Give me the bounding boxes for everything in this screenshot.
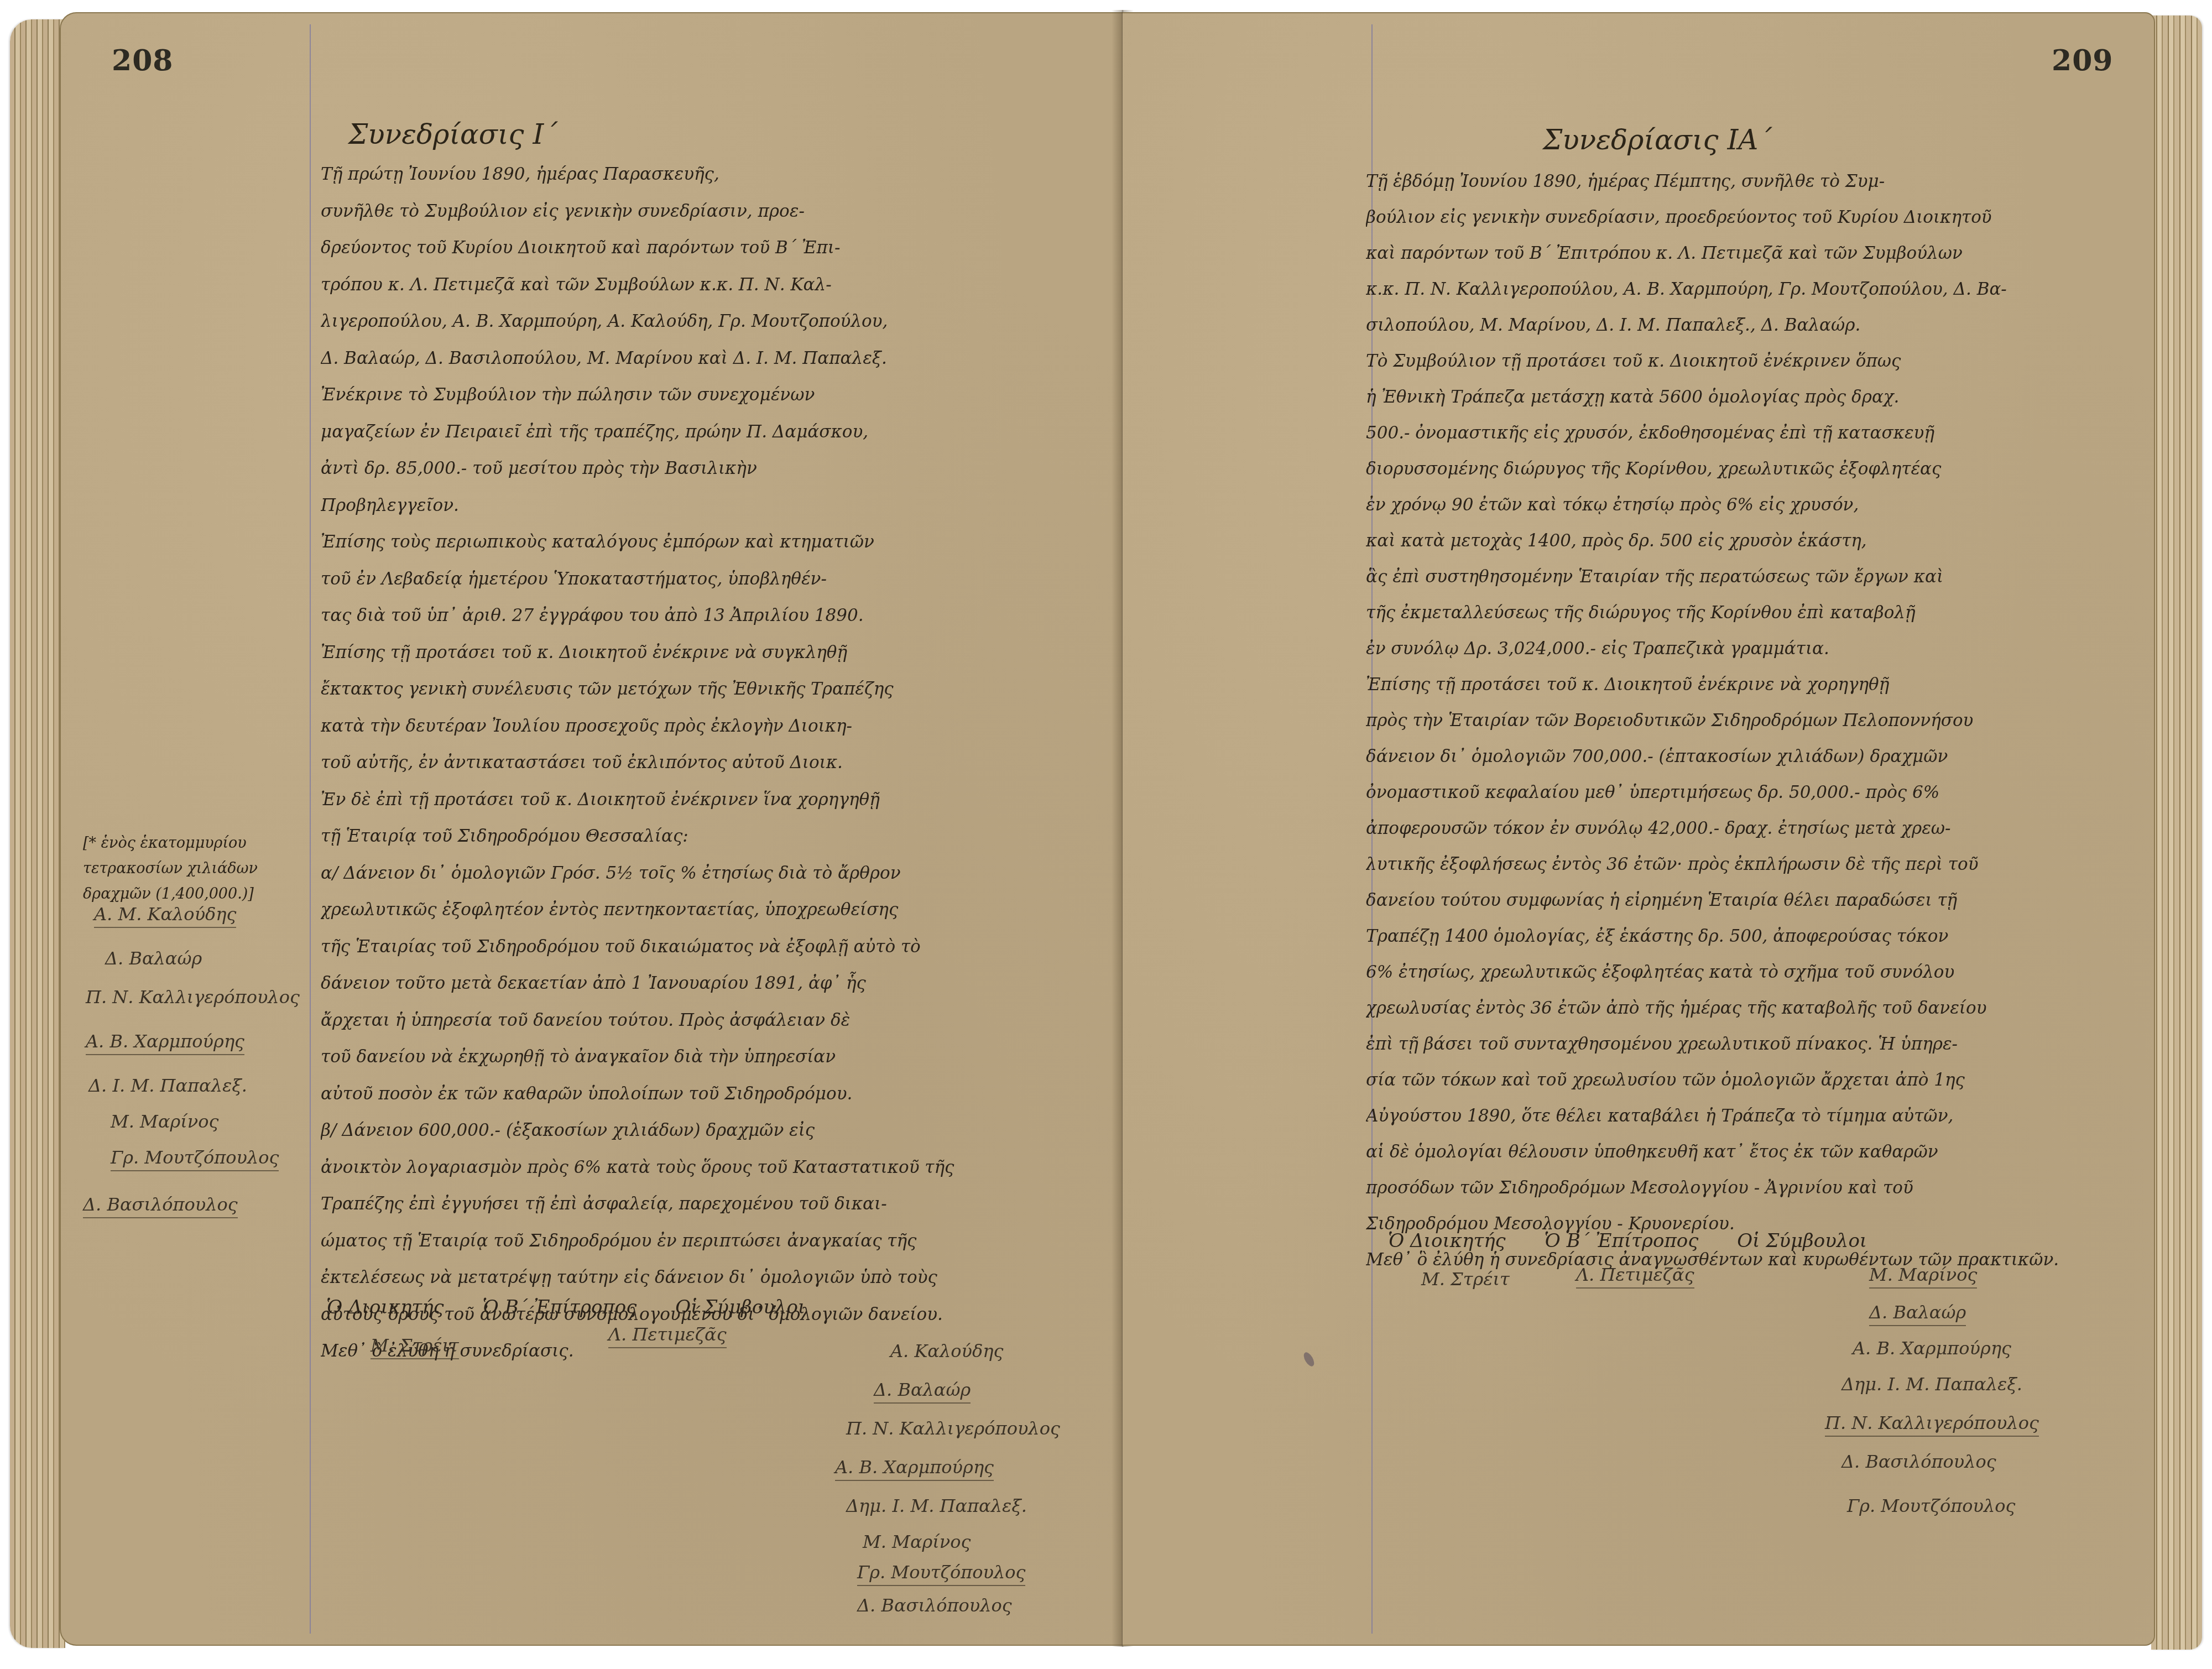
minutes-line: σία τῶν τόκων καὶ τοῦ χρεωλυσίου τῶν ὁμο… — [1366, 1062, 2140, 1098]
signature: Δ. Βασιλόπουλος — [1841, 1451, 1996, 1472]
signature: Δ. Βαλαώρ — [1869, 1302, 1966, 1326]
minutes-line: ἡ Ἐθνικὴ Τράπεζα μετάσχῃ κατὰ 5600 ὁμολο… — [1366, 379, 2140, 415]
signature: Δημ. Ι. Μ. Παπαλεξ. — [846, 1495, 1027, 1516]
minutes-line: ἀποφερουσῶν τόκον ἐν συνόλῳ 42,000.- δρα… — [1366, 811, 2140, 847]
open-ledger-spread: 208 Συνεδρίασις Ι΄ Τῇ πρώτῃ Ἰουνίου 1890… — [0, 0, 2212, 1669]
minutes-line: ἀνοικτὸν λογαριασμὸν πρὸς 6% κατὰ τοὺς ὅ… — [321, 1149, 1123, 1186]
minutes-line: ἐπὶ τῇ βάσει τοῦ συνταχθησομένου χρεωλυτ… — [1366, 1026, 2140, 1062]
minutes-line: 6% ἐτησίως, χρεωλυτικῶς ἐξοφλητέας κατὰ … — [1366, 955, 2140, 990]
ink-blot — [1302, 1350, 1316, 1368]
minutes-line: Ἐνέκρινε τὸ Συμβούλιον τὴν πώλησιν τῶν σ… — [321, 377, 1123, 414]
page-number: 208 — [112, 44, 174, 77]
minutes-line: β/ Δάνειον 600,000.- (ἑξακοσίων χιλιάδων… — [321, 1112, 1123, 1149]
minutes-line: πρὸς τὴν Ἑταιρίαν τῶν Βορειοδυτικῶν Σιδη… — [1366, 703, 2140, 739]
signature-block: Ὁ Διοικητής Ὁ Β΄ Ἐπίτροπος Οἱ Σύμβουλοι — [1388, 1230, 2135, 1252]
minutes-line: Τῇ ἑβδόμῃ Ἰουνίου 1890, ἡμέρας Πέμπτης, … — [1366, 164, 2140, 200]
governor-signature: Μ. Στρέιτ — [1421, 1269, 1510, 1290]
minutes-line: δάνειον τοῦτο μετὰ δεκαετίαν ἀπὸ 1 Ἰανου… — [321, 965, 1123, 1002]
minutes-line: τρόπου κ. Λ. Πετιμεζᾶ καὶ τῶν Συμβούλων … — [321, 267, 1123, 304]
minutes-line: ἐν χρόνῳ 90 ἐτῶν καὶ τόκῳ ἐτησίῳ πρὸς 6%… — [1366, 487, 2140, 523]
deputy-signature: Λ. Πετιμεζᾶς — [608, 1324, 727, 1348]
deputy-signature: Λ. Πετιμεζᾶς — [1576, 1264, 1694, 1289]
signature: Δ. Ι. Μ. Παπαλεξ. — [88, 1075, 247, 1096]
minutes-line: λιγεροπούλου, Α. Β. Χαρμπούρη, Α. Καλούδ… — [321, 303, 1123, 340]
councillors-heading: Οἱ Σύμβουλοι — [675, 1296, 805, 1318]
margin-annotation-line: τετρακοσίων χιλιάδων — [83, 856, 304, 882]
minutes-line: ἄρχεται ἡ ὑπηρεσία τοῦ δανείου τούτου. Π… — [321, 1002, 1123, 1039]
minutes-body: Τῇ ἑβδόμῃ Ἰουνίου 1890, ἡμέρας Πέμπτης, … — [1366, 164, 2140, 1278]
minutes-line: καὶ παρόντων τοῦ Β΄ Ἐπιτρόπου κ. Λ. Πετι… — [1366, 236, 2140, 272]
minutes-line: κατὰ τὴν δευτέραν Ἰουλίου προσεχοῦς πρὸς… — [321, 708, 1123, 745]
minutes-line: τας διὰ τοῦ ὑπ᾽ ἀριθ. 27 ἐγγράφου του ἀπ… — [321, 597, 1123, 634]
minutes-line: τοῦ δανείου νὰ ἐκχωρηθῇ τὸ ἀναγκαῖον διὰ… — [321, 1039, 1123, 1076]
minutes-line: Δ. Βαλαώρ, Δ. Βασιλοπούλου, Μ. Μαρίνου κ… — [321, 340, 1123, 377]
governor-signature: Μ. Στρέιτ — [371, 1335, 459, 1359]
minutes-line: Ἐπίσης τοὺς περιωπικοὺς καταλόγους ἐμπόρ… — [321, 524, 1123, 561]
page-number: 209 — [2052, 44, 2114, 77]
margin-annotation: [* ἑνὸς ἑκατομμυρίου τετρακοσίων χιλιάδω… — [83, 831, 304, 907]
minutes-line: 500.- ὀνομαστικῆς εἰς χρυσόν, ἐκδοθησομέ… — [1366, 415, 2140, 451]
signature-headings: Ὁ Διοικητής Ὁ Β΄ Ἐπίτροπος Οἱ Σύμβουλοι — [326, 1296, 1117, 1318]
right-page: 209 Συνεδρίασις ΙΑ΄ Τῇ ἑβδόμῃ Ἰουνίου 18… — [1123, 12, 2155, 1646]
margin-rule — [310, 24, 311, 1634]
signature: Α. Μ. Καλούδης — [94, 904, 236, 928]
signature: Α. Β. Χαρμπούρης — [1853, 1338, 2011, 1359]
minutes-line: προσόδων τῶν Σιδηροδρόμων Μεσολογγίου - … — [1366, 1170, 2140, 1206]
minutes-line: βούλιον εἰς γενικὴν συνεδρίασιν, προεδρε… — [1366, 200, 2140, 236]
signature: Μ. Μαρίνος — [111, 1111, 218, 1132]
minutes-line: Τῇ πρώτῃ Ἰουνίου 1890, ἡμέρας Παρασκευῆς… — [321, 156, 1123, 193]
minutes-line: καὶ κατὰ μετοχὰς 1400, πρὸς δρ. 500 εἰς … — [1366, 523, 2140, 559]
signature-headings: Ὁ Διοικητής Ὁ Β΄ Ἐπίτροπος Οἱ Σύμβουλοι — [1388, 1230, 2135, 1252]
minutes-line: διορυσσομένης διώρυγος τῆς Κορίνθου, χρε… — [1366, 451, 2140, 487]
minutes-line: τοῦ αὐτῆς, ἐν ἀντικαταστάσει τοῦ ἐκλιπόν… — [321, 744, 1123, 781]
minutes-line: δάνειον δι᾽ ὁμολογιῶν 700,000.- (ἑπτακοσ… — [1366, 739, 2140, 775]
minutes-line: Αὐγούστου 1890, ὅτε θέλει καταβάλει ἡ Τρ… — [1366, 1098, 2140, 1134]
signature: Μ. Μαρίνος — [1869, 1264, 1977, 1289]
minutes-line: χρεωλυτικῶς ἐξοφλητέον ἐντὸς πεντηκονταε… — [321, 891, 1123, 929]
minutes-line: ἐν συνόλῳ Δρ. 3,024,000.- εἰς Τραπεζικὰ … — [1366, 631, 2140, 667]
minutes-line: ὀνομαστικοῦ κεφαλαίου μεθ᾽ ὑπερτιμήσεως … — [1366, 775, 2140, 811]
minutes-line: Προβηλεγγεῖον. — [321, 487, 1123, 524]
minutes-line: ἀντὶ δρ. 85,000.- τοῦ μεσίτου πρὸς τὴν Β… — [321, 450, 1123, 487]
minutes-line: τῇ Ἑταιρίᾳ τοῦ Σιδηροδρόμου Θεσσαλίας: — [321, 818, 1123, 855]
minutes-line: Ἐπίσης τῇ προτάσει τοῦ κ. Διοικητοῦ ἐνέκ… — [1366, 667, 2140, 703]
signature: Α. Β. Χαρμπούρης — [835, 1457, 994, 1481]
minutes-line: ἔκτακτος γενικὴ συνέλευσις τῶν μετόχων τ… — [321, 671, 1123, 708]
minutes-line: χρεωλυσίας ἐντὸς 36 ἐτῶν ἀπὸ τῆς ἡμέρας … — [1366, 990, 2140, 1026]
signature: Γρ. Μουτζόπουλος — [111, 1147, 279, 1171]
margin-annotation-line: [* ἑνὸς ἑκατομμυρίου — [83, 831, 304, 856]
session-title: Συνεδρίασις ΙΑ΄ — [1543, 124, 1772, 156]
deputy-heading: Ὁ Β΄ Ἐπίτροπος — [483, 1296, 637, 1318]
minutes-line: Ἐν δὲ ἐπὶ τῇ προτάσει τοῦ κ. Διοικητοῦ ἐ… — [321, 781, 1123, 818]
signature: Π. Ν. Καλλιγερόπουλος — [846, 1418, 1060, 1439]
right-page-edges — [2151, 15, 2202, 1650]
signature: Δημ. Ι. Μ. Παπαλεξ. — [1841, 1374, 2022, 1395]
minutes-line: Τὸ Συμβούλιον τῇ προτάσει τοῦ κ. Διοικητ… — [1366, 343, 2140, 379]
left-page: 208 Συνεδρίασις Ι΄ Τῇ πρώτῃ Ἰουνίου 1890… — [60, 12, 1128, 1646]
minutes-line: α/ Δάνειον δι᾽ ὁμολογιῶν Γρόσ. 5½ τοῖς %… — [321, 855, 1123, 892]
minutes-line: συνῆλθε τὸ Συμβούλιον εἰς γενικὴν συνεδρ… — [321, 193, 1123, 230]
minutes-line: αὐτοῦ ποσὸν ἐκ τῶν καθαρῶν ὑπολοίπων τοῦ… — [321, 1076, 1123, 1113]
minutes-line: Τραπέζῃ 1400 ὁμολογίας, ἐξ ἑκάστης δρ. 5… — [1366, 919, 2140, 955]
deputy-heading: Ὁ Β΄ Ἐπίτροπος — [1545, 1230, 1699, 1252]
signature: Δ. Βαλαώρ — [874, 1379, 971, 1404]
signature: Γρ. Μουτζόπουλος — [857, 1562, 1025, 1586]
minutes-line: τῆς Ἑταιρίας τοῦ Σιδηροδρόμου τοῦ δικαιώ… — [321, 929, 1123, 966]
councillors-heading: Οἱ Σύμβουλοι — [1737, 1230, 1867, 1252]
minutes-line: σιλοπούλου, Μ. Μαρίνου, Δ. Ι. Μ. Παπαλεξ… — [1366, 307, 2140, 343]
minutes-line: τοῦ ἐν Λεβαδείᾳ ἡμετέρου Ὑποκαταστήματος… — [321, 561, 1123, 598]
signature-block: Ὁ Διοικητής Ὁ Β΄ Ἐπίτροπος Οἱ Σύμβουλοι — [326, 1296, 1117, 1318]
minutes-line: αἱ δὲ ὁμολογίαι θέλουσιν ὑποθηκευθῆ κατ᾽… — [1366, 1134, 2140, 1170]
minutes-line: μαγαζείων ἐν Πειραιεῖ ἐπὶ τῆς τραπέζης, … — [321, 414, 1123, 451]
minutes-line: Ἐπίσης τῇ προτάσει τοῦ κ. Διοικητοῦ ἐνέκ… — [321, 634, 1123, 671]
signature: Δ. Βαλαώρ — [105, 948, 202, 969]
minutes-line: ἐκτελέσεως νὰ μετατρέψῃ ταύτην εἰς δάνει… — [321, 1259, 1123, 1296]
governor-heading: Ὁ Διοικητής — [326, 1296, 444, 1318]
minutes-line: κ.κ. Π. Ν. Καλλιγεροπούλου, Α. Β. Χαρμπο… — [1366, 272, 2140, 307]
minutes-line: λυτικῆς ἐξοφλήσεως ἐντὸς 36 ἐτῶν· πρὸς ἐ… — [1366, 847, 2140, 883]
signature: Γρ. Μουτζόπουλος — [1847, 1495, 2015, 1516]
session-title: Συνεδρίασις Ι΄ — [348, 118, 557, 150]
minutes-body: Τῇ πρώτῃ Ἰουνίου 1890, ἡμέρας Παρασκευῆς… — [321, 156, 1123, 1370]
governor-heading: Ὁ Διοικητής — [1388, 1230, 1506, 1252]
minutes-line: δρεύοντος τοῦ Κυρίου Διοικητοῦ καὶ παρόν… — [321, 230, 1123, 267]
signature: Μ. Μαρίνος — [863, 1531, 971, 1552]
signature: Δ. Βασιλόπουλος — [83, 1194, 238, 1218]
minutes-line: δανείου τούτου συμφωνίας ἡ εἰρημένη Ἑται… — [1366, 883, 2140, 919]
minutes-line: ἃς ἐπὶ συστηθησομένην Ἑταιρίαν τῆς περατ… — [1366, 559, 2140, 595]
signature: Π. Ν. Καλλιγερόπουλος — [1825, 1412, 2039, 1437]
minutes-line: Τραπέζης ἐπὶ ἐγγυήσει τῇ ἐπὶ ἀσφαλείᾳ, π… — [321, 1186, 1123, 1223]
minutes-line: τῆς ἐκμεταλλεύσεως τῆς διώρυγος τῆς Κορί… — [1366, 595, 2140, 631]
signature: Α. Καλούδης — [890, 1341, 1003, 1362]
left-page-edges — [10, 19, 65, 1648]
signature: Π. Ν. Καλλιγερόπουλος — [86, 987, 300, 1008]
signature: Δ. Βασιλόπουλος — [857, 1595, 1012, 1616]
minutes-line: ώματος τῇ Ἑταιρίᾳ τοῦ Σιδηροδρόμου ἐν πε… — [321, 1223, 1123, 1260]
signature: Α. Β. Χαρμπούρης — [86, 1031, 244, 1055]
